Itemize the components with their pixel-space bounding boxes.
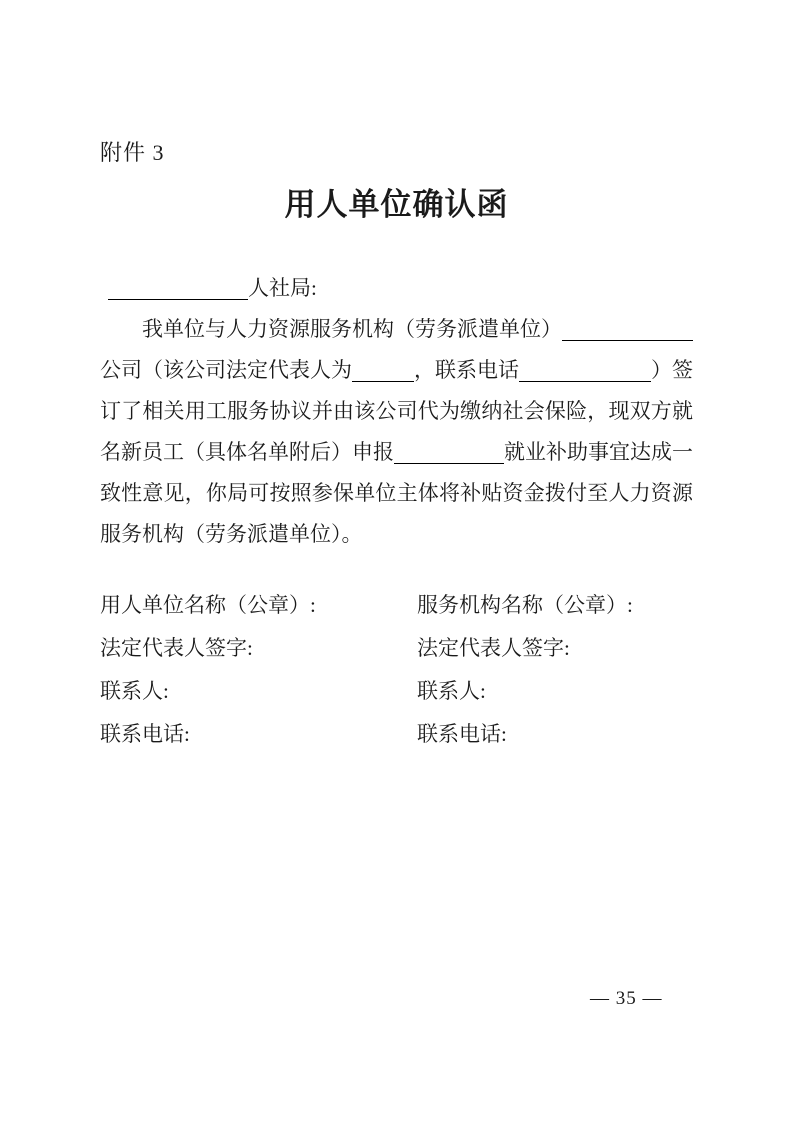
signature-label-right: 联系电话: — [417, 713, 507, 756]
signature-label-left: 联系电话: — [100, 713, 417, 756]
letter-body: 人社局:我单位与人力资源服务机构（劳务派遣单位）公司（该公司法定代表人为，联系电… — [100, 268, 693, 555]
body-line: 订了相关用工服务协议并由该公司代为缴纳社会保险，现双方就 — [100, 391, 693, 432]
signature-label-left: 用人单位名称（公章）: — [100, 584, 417, 627]
blank-agency-name — [562, 340, 693, 341]
document-page: 附件 3 用人单位确认函 人社局:我单位与人力资源服务机构（劳务派遣单位）公司（… — [0, 0, 793, 1122]
signature-label-right: 服务机构名称（公章）: — [417, 584, 633, 627]
body-text: ，联系电话 — [414, 350, 519, 391]
body-line: 我单位与人力资源服务机构（劳务派遣单位） — [100, 309, 693, 350]
signature-label-left: 法定代表人签字: — [100, 627, 417, 670]
body-text: 公司（该公司法定代表人为 — [100, 350, 352, 391]
body-text: 服务机构（劳务派遣单位）。 — [100, 514, 363, 555]
blank-subsidy-type — [394, 463, 504, 464]
body-text: 我单位与人力资源服务机构（劳务派遣单位） — [142, 309, 562, 350]
signature-row: 法定代表人签字:法定代表人签字: — [100, 627, 680, 670]
body-line: 人社局: — [100, 268, 693, 309]
page-number: — 35 — — [590, 988, 663, 1010]
attachment-label: 附件 3 — [100, 136, 165, 167]
signature-label-left: 联系人: — [100, 670, 417, 713]
signature-row: 用人单位名称（公章）:服务机构名称（公章）: — [100, 584, 680, 627]
signature-row: 联系电话:联系电话: — [100, 713, 680, 756]
body-line: 公司（该公司法定代表人为，联系电话）签 — [100, 350, 693, 391]
signature-label-right: 法定代表人签字: — [417, 627, 570, 670]
body-text: 名新员工（具体名单附后）申报 — [100, 432, 394, 473]
body-text: 就业补助事宜达成一 — [504, 432, 693, 473]
indent-spacer — [100, 309, 142, 350]
signature-label-right: 联系人: — [417, 670, 486, 713]
body-line: 名新员工（具体名单附后）申报就业补助事宜达成一 — [100, 432, 693, 473]
body-line: 致性意见，你局可按照参保单位主体将补贴资金拨付至人力资源 — [100, 473, 693, 514]
blank-bureau-name — [108, 299, 248, 300]
document-title: 用人单位确认函 — [100, 179, 693, 224]
blank-phone — [519, 381, 651, 382]
signature-block: 用人单位名称（公章）:服务机构名称（公章）:法定代表人签字:法定代表人签字:联系… — [100, 584, 680, 756]
indent-spacer — [100, 268, 108, 309]
body-line: 服务机构（劳务派遣单位）。 — [100, 514, 693, 555]
signature-row: 联系人:联系人: — [100, 670, 680, 713]
body-text: ）签 — [651, 350, 693, 391]
body-text: 人社局: — [248, 268, 317, 309]
blank-legal-representative — [352, 381, 414, 382]
